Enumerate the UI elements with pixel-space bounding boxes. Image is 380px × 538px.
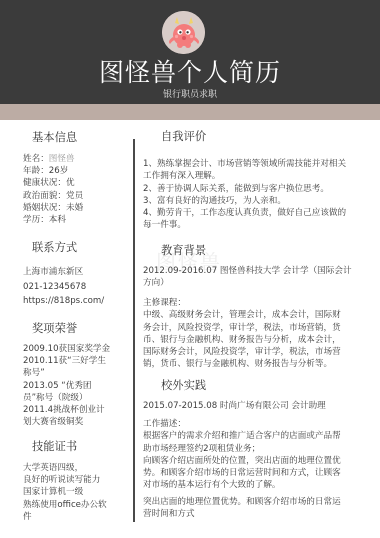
basic-info-political: 政治面貌：党员 (23, 190, 133, 202)
column-divider (133, 139, 135, 522)
practice-description: 工作描述： 根据客户的需求介绍和推广适合客户的店面或产品帮 助市场经理签约2项租… (143, 418, 375, 492)
desc-line: 根据客户的需求介绍和推广适合客户的店面或产品帮 (143, 430, 375, 442)
education-entry-line: 2012.09-2016.07 图怪兽科技大学 会计学（国际会计 (143, 265, 375, 277)
desc-line: 对市场的基本运行有个大致的了解。 (143, 479, 375, 491)
basic-info-age: 年龄：26岁 (23, 165, 133, 177)
avatar (162, 11, 205, 54)
award-line: 划大赛省级铜奖 (23, 416, 133, 428)
awards-heading: 奖项荣誉 (32, 321, 77, 337)
skills-heading: 技能证书 (32, 439, 77, 455)
course-line: 国际财务会计，风险投资学，审计学，税法，市场营 (143, 346, 375, 358)
self-eval-line: 1、熟练掌握会计、市场营销等领域所需技能并对相关 (143, 158, 375, 170)
self-eval-line: 4、勤劳肯干，工作态度认真负责，做好自己应该做的 (143, 207, 375, 219)
contact-list: 上海市浦东新区 021-12345678 https://818ps.com/ (23, 265, 133, 309)
self-eval-line: 2、善于协调人际关系，能做到与客户换位思考。 (143, 183, 375, 195)
extra-line: 突出店面的地理位置优势。和顾客介绍市场的日常运 (143, 496, 375, 508)
extra-line: 营时间和方式 (143, 508, 375, 520)
practice-extra: 突出店面的地理位置优势。和顾客介绍市场的日常运 营时间和方式 (143, 496, 375, 521)
education-entry-line: 方向） (143, 277, 375, 289)
basic-info-list: 姓名：图怪兽 年龄：26岁 健康状况：优 政治面貌：党员 婚姻状况：未婚 学历：… (23, 153, 133, 226)
desc-line: 势。和顾客介绍市场的日常运营时间和方式，让顾客 (143, 467, 375, 479)
contact-heading: 联系方式 (32, 240, 77, 256)
contact-address: 上海市浦东新区 (23, 265, 133, 280)
education-entry: 2012.09-2016.07 图怪兽科技大学 会计学（国际会计 方向） (143, 265, 375, 290)
basic-info-marital: 婚姻状况：未婚 (23, 202, 133, 214)
course-line: 销，货币、银行与金融机构、财务报告与分析等。 (143, 358, 375, 370)
practice-heading: 校外实践 (161, 378, 206, 394)
basic-info-health: 健康状况：优 (23, 177, 133, 189)
award-line: 2010.11获“三好学生 (23, 355, 133, 367)
award-line: 员”称号（院级） (23, 392, 133, 404)
award-line: 2013.05 “优秀团 (23, 380, 133, 392)
practice-entry: 2015.07-2015.08 时尚广场有限公司 会计助理 (143, 400, 375, 412)
basic-info-heading: 基本信息 (32, 130, 77, 146)
self-eval-line: 工作拥有深入理解。 (143, 170, 375, 182)
skill-line: 国家计算机一级 (23, 486, 133, 498)
education-heading: 教育背景 (161, 243, 206, 259)
contact-website[interactable]: https://818ps.com/ (23, 294, 133, 309)
contact-phone: 021-12345678 (23, 280, 133, 295)
course-line: 中级、高级财务会计，管理会计，成本会计，国际财 (143, 309, 375, 321)
award-line: 2011.4挑战杯创业计 (23, 404, 133, 416)
desc-line: 助市场经理签约2项租赁业务； (143, 443, 375, 455)
basic-info-name: 姓名：图怪兽 (23, 153, 133, 165)
skill-line: 大学英语四级， (23, 462, 133, 474)
skill-line: 熟练使用office办公软 (23, 499, 133, 511)
desc-label: 工作描述： (143, 418, 375, 430)
course-line: 务会计，风险投资学，审计学，税法，市场营销，货 (143, 322, 375, 334)
resume-title: 图怪兽个人简历 (0, 58, 380, 88)
courses-label: 主修课程： (143, 297, 375, 309)
awards-list: 2009.10获国家奖学金 2010.11获“三好学生 称号” 2013.05 … (23, 343, 133, 428)
desc-line: 向顾客介绍店面所处的位置，突出店面的地理位置优 (143, 455, 375, 467)
skills-list: 大学英语四级， 良好的听说读写能力 国家计算机一级 熟练使用office办公软 … (23, 462, 133, 523)
skill-line: 良好的听说读写能力 (23, 474, 133, 486)
course-line: 币、银行与金融机构、财务报告与分析，成本会计， (143, 334, 375, 346)
education-courses: 主修课程： 中级、高级财务会计，管理会计，成本会计，国际财 务会计，风险投资学，… (143, 297, 375, 371)
self-evaluation-text: 1、熟练掌握会计、市场营销等领域所需技能并对相关 工作拥有深入理解。 2、善于协… (143, 158, 375, 232)
skill-line: 件 (23, 511, 133, 523)
award-line: 2009.10获国家奖学金 (23, 343, 133, 355)
self-eval-line: 3、富有良好的沟通技巧，为人亲和。 (143, 195, 375, 207)
self-evaluation-heading: 自我评价 (161, 129, 206, 145)
basic-info-education: 学历：本科 (23, 214, 133, 226)
header-accent-band (0, 104, 380, 120)
monster-avatar-icon (162, 11, 205, 54)
award-line: 称号” (23, 367, 133, 379)
job-objective: 银行职员求职 (0, 89, 380, 101)
self-eval-line: 每一件事。 (143, 219, 375, 231)
